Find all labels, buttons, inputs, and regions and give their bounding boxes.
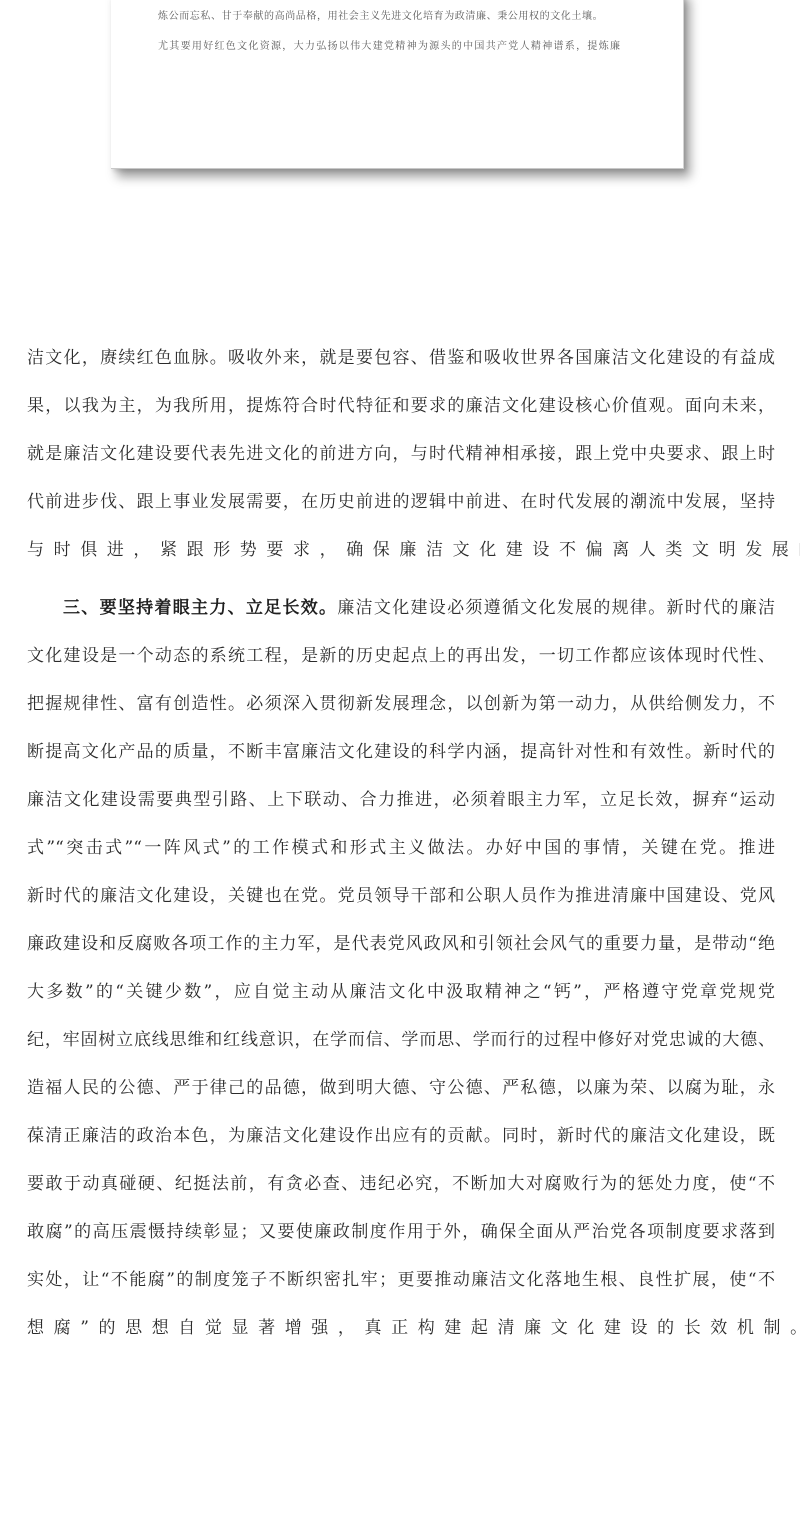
paragraph-line: 把握规律性、富有创造性。必须深入贯彻新发展理念，以创新为第一动力，从供给侧发力，… <box>27 689 775 719</box>
paragraph-line: 洁文化，赓续红色血脉。吸收外来，就是要包容、借鉴和吸收世界各国廉洁文化建设的有益… <box>27 343 775 373</box>
paragraph-line: 廉政建设和反腐败各项工作的主力军，是代表党风政风和引领社会风气的重要力量，是带动… <box>27 929 775 959</box>
paragraph-line: 代前进步伐、跟上事业发展需要，在历史前进的逻辑中前进、在时代发展的潮流中发展，坚… <box>27 487 775 517</box>
page-preview-line: 尤其要用好红色文化资源，大力弘扬以伟大建党精神为源头的中国共产党人精神谱系，提炼… <box>158 37 621 52</box>
paragraph-line: 廉洁文化建设需要典型引路、上下联动、合力推进，必须着眼主力军，立足长效，摒弃“运… <box>27 785 775 815</box>
paragraph-line: 纪，牢固树立底线思维和红线意识，在学而信、学而思、学而行的过程中修好对党忠诚的大… <box>27 1025 775 1055</box>
paragraph-line: 实处，让“不能腐”的制度笼子不断织密扎牢；更要推动廉洁文化落地生根、良性扩展，使… <box>27 1265 775 1295</box>
section-heading: 三、要坚持着眼主力、立足长效。 <box>63 598 337 618</box>
paragraph-line: 大多数”的“关键少数”，应自觉主动从廉洁文化中汲取精神之“钙”，严格遵守党章党规… <box>27 977 775 1007</box>
paragraph-line: 文化建设是一个动态的系统工程，是新的历史起点上的再出发，一切工作都应该体现时代性… <box>27 641 775 671</box>
paragraph-line: 葆清正廉洁的政治本色，为廉洁文化建设作出应有的贡献。同时，新时代的廉洁文化建设，… <box>27 1121 775 1151</box>
paragraph-line: 想腐”的思想自觉显著增强，真正构建起清廉文化建设的长效机制。 <box>27 1313 775 1343</box>
page-preview-line: 炼公而忘私、甘于奉献的高尚品格，用社会主义先进文化培育为政清廉、秉公用权的文化土… <box>158 7 603 22</box>
paragraph-line: 新时代的廉洁文化建设，关键也在党。党员领导干部和公职人员作为推进清廉中国建设、党… <box>27 881 775 911</box>
document-page-preview: 炼公而忘私、甘于奉献的高尚品格，用社会主义先进文化培育为政清廉、秉公用权的文化土… <box>111 0 684 169</box>
paragraph-line: 式”“突击式”“一阵风式”的工作模式和形式主义做法。办好中国的事情，关键在党。推… <box>27 833 775 863</box>
paragraph-line: 造福人民的公德、严于律己的品德，做到明大德、守公德、严私德，以廉为荣、以腐为耻，… <box>27 1073 775 1103</box>
paragraph-line: 就是廉洁文化建设要代表先进文化的前进方向，与时代精神相承接，跟上党中央要求、跟上… <box>27 439 775 469</box>
paragraph-text: 廉洁文化建设必须遵循文化发展的规律。新时代的廉洁 <box>337 598 775 618</box>
paragraph-line: 果，以我为主，为我所用，提炼符合时代特征和要求的廉洁文化建设核心价值观。面向未来… <box>27 391 775 421</box>
paragraph-line: 要敢于动真碰硬、纪挺法前，有贪必查、违纪必究，不断加大对腐败行为的惩处力度，使“… <box>27 1169 775 1199</box>
section-heading-line: 三、要坚持着眼主力、立足长效。廉洁文化建设必须遵循文化发展的规律。新时代的廉洁 <box>27 593 775 623</box>
paragraph-line: 断提高文化产品的质量，不断丰富廉洁文化建设的科学内涵，提高针对性和有效性。新时代… <box>27 737 775 767</box>
paragraph-line: 与时俱进，紧跟形势要求，确保廉洁文化建设不偏离人类文明发展的大道。 <box>27 535 775 565</box>
paragraph-line: 敢腐”的高压震慑持续彰显；又要使廉政制度作用于外，确保全面从严治党各项制度要求落… <box>27 1217 775 1247</box>
